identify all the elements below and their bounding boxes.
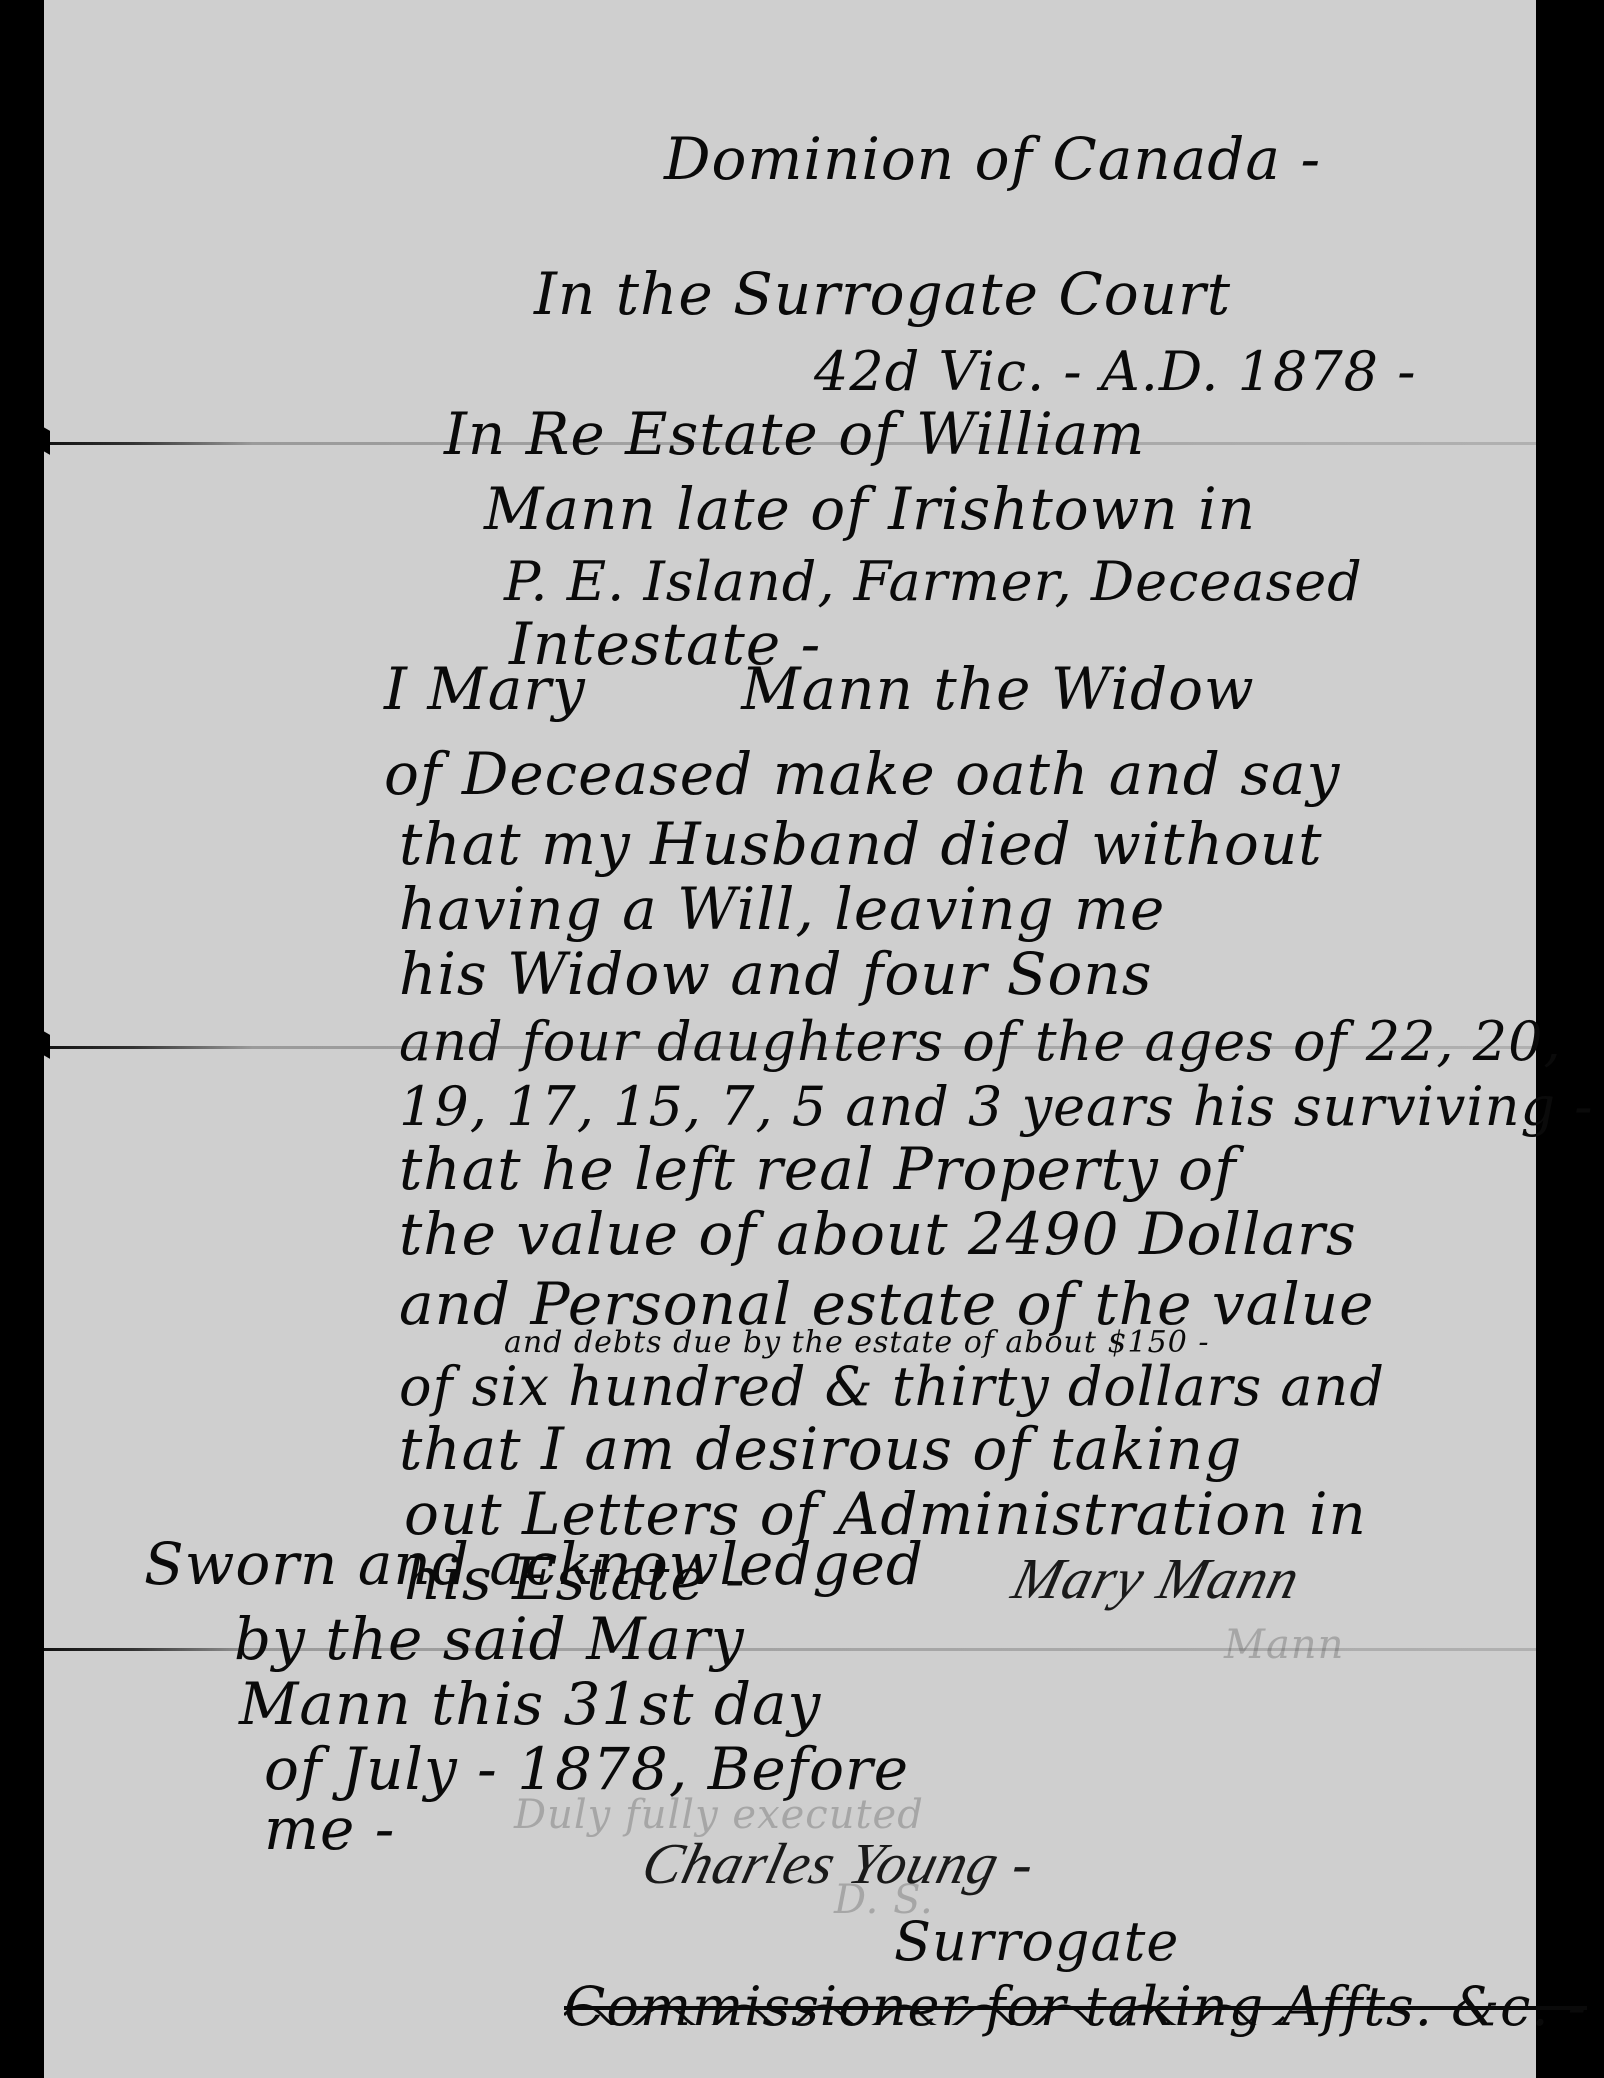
- court-name: In the Surrogate Court: [534, 265, 1231, 323]
- jurat-line: of July - 1878, Before: [264, 1740, 909, 1798]
- body-line: that he left real Property of: [399, 1140, 1237, 1198]
- body-line: 19, 17, 15, 7, 5 and 3 years his survivi…: [399, 1080, 1593, 1134]
- body-line: that my Husband died without: [399, 815, 1323, 873]
- caption-line: P. E. Island, Farmer, Deceased: [504, 555, 1363, 609]
- fold-notch: [40, 1029, 50, 1059]
- official-title: Surrogate: [894, 1915, 1179, 1969]
- jurat-line: Mann this 31st day: [239, 1675, 821, 1733]
- regnal-date: 42d Vic. - A.D. 1878 -: [814, 345, 1416, 399]
- body-line: his Widow and four Sons: [399, 945, 1153, 1003]
- jurat-line: Sworn and acknowledged: [144, 1535, 924, 1593]
- jurat-line: by the said Mary: [234, 1610, 745, 1668]
- body-line: of six hundred & thirty dollars and: [399, 1360, 1385, 1414]
- document-title: Dominion of Canada -: [664, 130, 1321, 188]
- pencil-note: Duly fully executed: [514, 1795, 924, 1835]
- body-line: that I am desirous of taking: [399, 1420, 1242, 1478]
- body-line: I Mary Mann the Widow: [384, 660, 1255, 718]
- caption-line: In Re Estate of William: [444, 405, 1145, 463]
- fold-notch: [40, 425, 50, 455]
- official-signature: Charles Young -: [637, 1835, 1041, 1893]
- caption-line: Mann late of Irishtown in: [484, 480, 1256, 538]
- document-page: Dominion of Canada - In the Surrogate Co…: [44, 0, 1536, 2078]
- body-line: having a Will, leaving me: [399, 880, 1165, 938]
- deponent-signature: Mary Mann: [1007, 1550, 1306, 1608]
- body-line: the value of about 2490 Dollars: [399, 1205, 1357, 1263]
- body-line: and four daughters of the ages of 22, 20…: [399, 1015, 1562, 1069]
- struck-through-line: Commissioner for taking Affts. &c. -: [564, 1980, 1587, 2034]
- interlineation: and debts due by the estate of about $15…: [504, 1328, 1210, 1358]
- body-line: of Deceased make oath and say: [384, 745, 1340, 803]
- jurat-line: me -: [264, 1800, 395, 1858]
- pencil-note: Mann: [1224, 1625, 1344, 1665]
